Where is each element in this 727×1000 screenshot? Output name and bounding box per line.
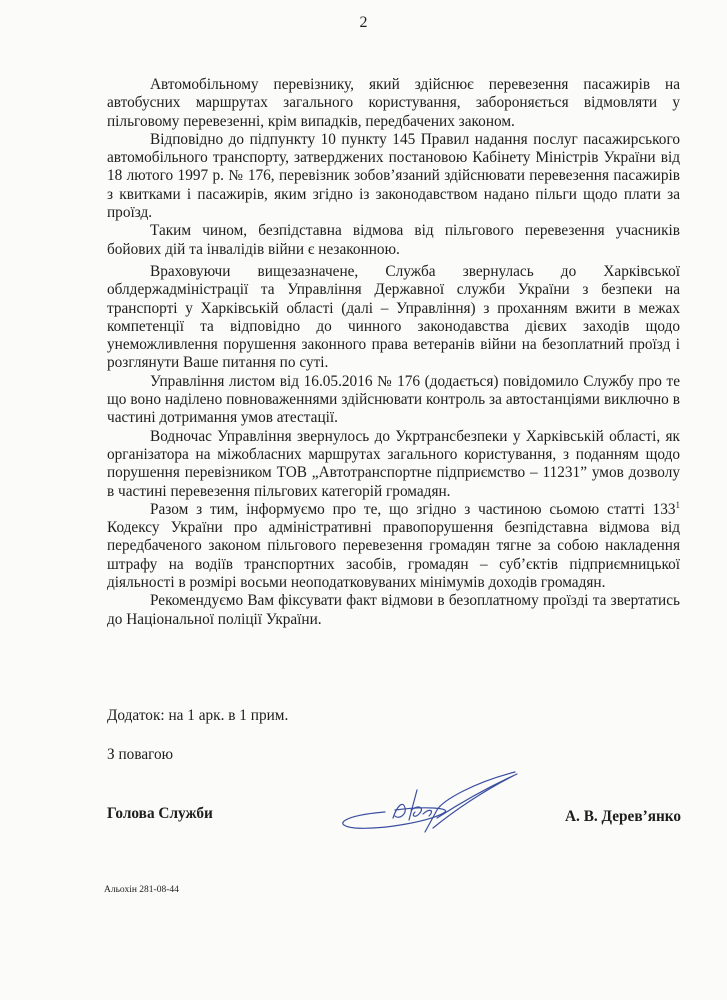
page-number: 2 xyxy=(0,14,727,32)
paragraph-text: Разом з тим, інформуємо про те, що згідн… xyxy=(150,501,676,518)
article-superscript: 1 xyxy=(676,500,681,510)
paragraph: Автомобільному перевізнику, який здійсню… xyxy=(107,76,680,131)
paragraph: Водночас Управління звернулось до Укртра… xyxy=(107,428,680,501)
signer-name: А. В. Дерев’янко xyxy=(565,808,681,826)
paragraph: Разом з тим, інформуємо про те, що згідн… xyxy=(107,501,680,592)
paragraph: Таким чином, безпідставна відмова від пі… xyxy=(107,222,680,259)
paragraph: Рекомендуємо Вам фіксувати факт відмови … xyxy=(107,592,680,629)
paragraph: Управління листом від 16.05.2016 № 176 (… xyxy=(107,373,680,428)
paragraph: Враховуючи вищезазначене, Служба звернул… xyxy=(107,263,680,373)
paragraph: Відповідно до підпункту 10 пункту 145 Пр… xyxy=(107,131,680,222)
signer-title: Голова Служби xyxy=(107,805,213,823)
executor-contact: Альохін 281-08-44 xyxy=(104,885,179,895)
closing-phrase: З повагою xyxy=(107,746,173,764)
paragraph-text: Кодексу України про адміністративні прав… xyxy=(107,519,680,591)
signature-icon xyxy=(325,770,525,840)
letter-body: Автомобільному перевізнику, який здійсню… xyxy=(107,76,680,629)
attachment-note: Додаток: на 1 арк. в 1 прим. xyxy=(107,707,288,725)
